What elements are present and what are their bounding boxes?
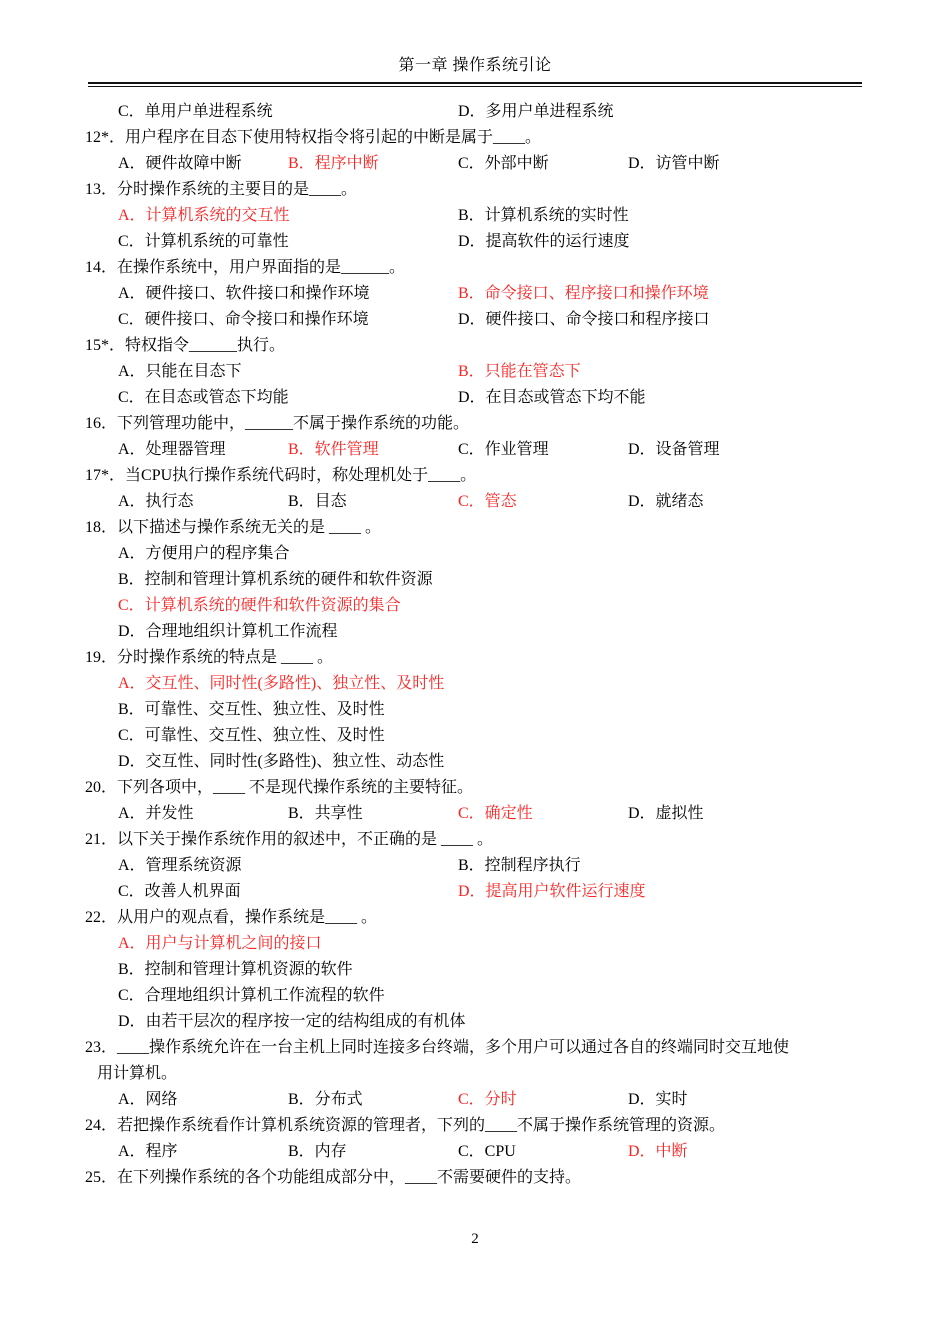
options-row: A．只能在目态下 B．只能在管态下 C．在目态或管态下均能 D．在目态或管态下均… [118, 359, 797, 411]
option-c: C．单用户单进程系统 [118, 99, 458, 125]
option-b: B．程序中断 [288, 151, 458, 177]
option-d: D．中断 [628, 1139, 797, 1165]
question-block-16: 16．下列管理功能中，______不属于操作系统的功能。 A．处理器管理 B．软… [85, 411, 797, 463]
question-stem: 18．以下描述与操作系统无关的是 ____ 。 [85, 515, 797, 541]
option-a: A．硬件接口、软件接口和操作环境 [118, 281, 458, 307]
question-number: 16． [85, 415, 117, 432]
question-stem: 24．若把操作系统看作计算机系统资源的管理者，下列的____不属于操作系统管理的… [85, 1113, 797, 1139]
option-b: B．内存 [288, 1139, 458, 1165]
question-number: 18． [85, 519, 117, 536]
option-b: B．目态 [288, 489, 458, 515]
option-c: C．改善人机界面 [118, 879, 458, 905]
question-block-20: 20．下列各项中，____ 不是现代操作系统的主要特征。 A．并发性 B．共享性… [85, 775, 797, 827]
option-d: D．设备管理 [628, 437, 797, 463]
question-text: 在下列操作系统的各个功能组成部分中，____不需要硬件的支持。 [117, 1169, 581, 1186]
question-block-18: 18．以下描述与操作系统无关的是 ____ 。 A．方便用户的程序集合 B．控制… [85, 515, 797, 645]
option-d: D．在目态或管态下均不能 [458, 385, 797, 411]
option-a: A．只能在目态下 [118, 359, 458, 385]
document-page: 第一章 操作系统引论 C．单用户单进程系统 D．多用户单进程系统 12*．用户程… [0, 0, 950, 1320]
options-list: A．交互性、同时性(多路性)、独立性、及时性 B．可靠性、交互性、独立性、及时性… [118, 671, 797, 775]
question-block-23: 23．____操作系统允许在一台主机上同时连接多台终端，多个用户可以通过各自的终… [85, 1035, 797, 1113]
question-block-17: 17*．当CPU执行操作系统代码时，称处理机处于____。 A．执行态 B．目态… [85, 463, 797, 515]
option-b: B．只能在管态下 [458, 359, 797, 385]
question-text: 以下描述与操作系统无关的是 ____ 。 [117, 519, 381, 536]
question-number: 21． [85, 831, 117, 848]
question-stem: 12*．用户程序在目态下使用特权指令将引起的中断是属于____。 [85, 125, 797, 151]
option-b: B．可靠性、交互性、独立性、及时性 [118, 697, 797, 723]
option-b: B．分布式 [288, 1087, 458, 1113]
question-block-25: 25．在下列操作系统的各个功能组成部分中，____不需要硬件的支持。 [85, 1165, 797, 1191]
question-number: 25． [85, 1169, 117, 1186]
option-a: A．处理器管理 [118, 437, 288, 463]
option-b: B．软件管理 [288, 437, 458, 463]
question-block-14: 14．在操作系统中，用户界面指的是______。 A．硬件接口、软件接口和操作环… [85, 255, 797, 333]
question-text: 在操作系统中，用户界面指的是______。 [117, 259, 405, 276]
question-text: 分时操作系统的特点是 ____ 。 [117, 649, 333, 666]
questions-area: C．单用户单进程系统 D．多用户单进程系统 12*．用户程序在目态下使用特权指令… [0, 99, 797, 1191]
option-d: D．访管中断 [628, 151, 797, 177]
question-text: 从用户的观点看，操作系统是____ 。 [117, 909, 377, 926]
question-block-12: 12*．用户程序在目态下使用特权指令将引起的中断是属于____。 A．硬件故障中… [85, 125, 797, 177]
option-c: C．可靠性、交互性、独立性、及时性 [118, 723, 797, 749]
question-stem: 15*．特权指令______执行。 [85, 333, 797, 359]
options-row: A．硬件故障中断 B．程序中断 C．外部中断 D．访管中断 [118, 151, 797, 177]
question-block-19: 19．分时操作系统的特点是 ____ 。 A．交互性、同时性(多路性)、独立性、… [85, 645, 797, 775]
option-b: B．计算机系统的实时性 [458, 203, 797, 229]
question-text: 以下关于操作系统作用的叙述中，不正确的是 ____ 。 [117, 831, 493, 848]
option-c: C．外部中断 [458, 151, 628, 177]
question-stem: 22．从用户的观点看，操作系统是____ 。 [85, 905, 797, 931]
question-text: ____操作系统允许在一台主机上同时连接多台终端，多个用户可以通过各自的终端同时… [97, 1039, 789, 1082]
question-number: 13． [85, 181, 117, 198]
question-stem: 25．在下列操作系统的各个功能组成部分中，____不需要硬件的支持。 [85, 1165, 797, 1191]
chapter-title: 第一章 操作系统引论 [0, 0, 950, 76]
option-a: A．执行态 [118, 489, 288, 515]
options-row: A．硬件接口、软件接口和操作环境 B．命令接口、程序接口和操作环境 C．硬件接口… [118, 281, 797, 333]
options-list: A．方便用户的程序集合 B．控制和管理计算机系统的硬件和软件资源 C．计算机系统… [118, 541, 797, 645]
option-a: A．网络 [118, 1087, 288, 1113]
question-number: 15*． [85, 337, 125, 354]
option-c: C．管态 [458, 489, 628, 515]
question-text: 下列各项中，____ 不是现代操作系统的主要特征。 [117, 779, 473, 796]
page-number: 2 [471, 1231, 479, 1247]
options-row: A．处理器管理 B．软件管理 C．作业管理 D．设备管理 [118, 437, 797, 463]
question-text: 当CPU执行操作系统代码时，称处理机处于____。 [125, 467, 476, 484]
question-number: 24． [85, 1117, 117, 1134]
option-b: B．共享性 [288, 801, 458, 827]
question-number: 14． [85, 259, 117, 276]
options-row: A．执行态 B．目态 C．管态 D．就绪态 [118, 489, 797, 515]
header-rule [88, 82, 862, 87]
question-text: 若把操作系统看作计算机系统资源的管理者，下列的____不属于操作系统管理的资源。 [117, 1117, 725, 1134]
option-d: D．合理地组织计算机工作流程 [118, 619, 797, 645]
question-text: 分时操作系统的主要目的是____。 [117, 181, 357, 198]
option-d: D．实时 [628, 1087, 797, 1113]
question-number: 23． [85, 1039, 117, 1056]
question-number: 22． [85, 909, 117, 926]
option-a: A．管理系统资源 [118, 853, 458, 879]
question-block-15: 15*．特权指令______执行。 A．只能在目态下 B．只能在管态下 C．在目… [85, 333, 797, 411]
page-header: 第一章 操作系统引论 [0, 0, 950, 87]
option-d: D．交互性、同时性(多路性)、独立性、动态性 [118, 749, 797, 775]
option-d: D．多用户单进程系统 [458, 99, 797, 125]
question-number: 12*． [85, 129, 125, 146]
question-block-13: 13．分时操作系统的主要目的是____。 A．计算机系统的交互性 B．计算机系统… [85, 177, 797, 255]
question-stem: 20．下列各项中，____ 不是现代操作系统的主要特征。 [85, 775, 797, 801]
option-a: A．方便用户的程序集合 [118, 541, 797, 567]
option-d: D．提高软件的运行速度 [458, 229, 797, 255]
question-stem: 13．分时操作系统的主要目的是____。 [85, 177, 797, 203]
options-list: A．用户与计算机之间的接口 B．控制和管理计算机资源的软件 C．合理地组织计算机… [118, 931, 797, 1035]
options-row: A．程序 B．内存 C．CPU D．中断 [118, 1139, 797, 1165]
options-row: A．管理系统资源 B．控制程序执行 C．改善人机界面 D．提高用户软件运行速度 [118, 853, 797, 905]
options-row: A．并发性 B．共享性 C．确定性 D．虚拟性 [118, 801, 797, 827]
question-stem: 23．____操作系统允许在一台主机上同时连接多台终端，多个用户可以通过各自的终… [85, 1035, 797, 1087]
option-d: D．硬件接口、命令接口和程序接口 [458, 307, 797, 333]
options-row: C．单用户单进程系统 D．多用户单进程系统 [118, 99, 797, 125]
option-a: A．用户与计算机之间的接口 [118, 931, 797, 957]
option-c: C．作业管理 [458, 437, 628, 463]
question-text: 用户程序在目态下使用特权指令将引起的中断是属于____。 [125, 129, 541, 146]
question-stem: 16．下列管理功能中，______不属于操作系统的功能。 [85, 411, 797, 437]
option-a: A．并发性 [118, 801, 288, 827]
option-a: A．交互性、同时性(多路性)、独立性、及时性 [118, 671, 797, 697]
question-stem: 14．在操作系统中，用户界面指的是______。 [85, 255, 797, 281]
question-stem: 21．以下关于操作系统作用的叙述中，不正确的是 ____ 。 [85, 827, 797, 853]
option-d: D．就绪态 [628, 489, 797, 515]
option-b: B．控制和管理计算机资源的软件 [118, 957, 797, 983]
option-b: B．控制和管理计算机系统的硬件和软件资源 [118, 567, 797, 593]
option-c: C．CPU [458, 1139, 628, 1165]
question-block-11-partial: C．单用户单进程系统 D．多用户单进程系统 [85, 99, 797, 125]
question-stem: 19．分时操作系统的特点是 ____ 。 [85, 645, 797, 671]
option-c: C．确定性 [458, 801, 628, 827]
page-footer: 2 [0, 1226, 950, 1252]
option-a: A．程序 [118, 1139, 288, 1165]
option-b: B．命令接口、程序接口和操作环境 [458, 281, 797, 307]
question-block-24: 24．若把操作系统看作计算机系统资源的管理者，下列的____不属于操作系统管理的… [85, 1113, 797, 1165]
question-text: 特权指令______执行。 [125, 337, 285, 354]
option-c: C．硬件接口、命令接口和操作环境 [118, 307, 458, 333]
question-number: 17*． [85, 467, 125, 484]
option-d: D．提高用户软件运行速度 [458, 879, 797, 905]
options-row: A．计算机系统的交互性 B．计算机系统的实时性 C．计算机系统的可靠性 D．提高… [118, 203, 797, 255]
question-block-21: 21．以下关于操作系统作用的叙述中，不正确的是 ____ 。 A．管理系统资源 … [85, 827, 797, 905]
question-text: 下列管理功能中，______不属于操作系统的功能。 [117, 415, 469, 432]
question-block-22: 22．从用户的观点看，操作系统是____ 。 A．用户与计算机之间的接口 B．控… [85, 905, 797, 1035]
options-row: A．网络 B．分布式 C．分时 D．实时 [118, 1087, 797, 1113]
option-c: C．计算机系统的可靠性 [118, 229, 458, 255]
option-d: D．虚拟性 [628, 801, 797, 827]
option-d: D．由若干层次的程序按一定的结构组成的有机体 [118, 1009, 797, 1035]
question-number: 19． [85, 649, 117, 666]
option-c: C．分时 [458, 1087, 628, 1113]
option-c: C．合理地组织计算机工作流程的软件 [118, 983, 797, 1009]
option-a: A．计算机系统的交互性 [118, 203, 458, 229]
option-c: C．在目态或管态下均能 [118, 385, 458, 411]
option-c: C．计算机系统的硬件和软件资源的集合 [118, 593, 797, 619]
option-b: B．控制程序执行 [458, 853, 797, 879]
question-stem: 17*．当CPU执行操作系统代码时，称处理机处于____。 [85, 463, 797, 489]
option-a: A．硬件故障中断 [118, 151, 288, 177]
question-number: 20． [85, 779, 117, 796]
